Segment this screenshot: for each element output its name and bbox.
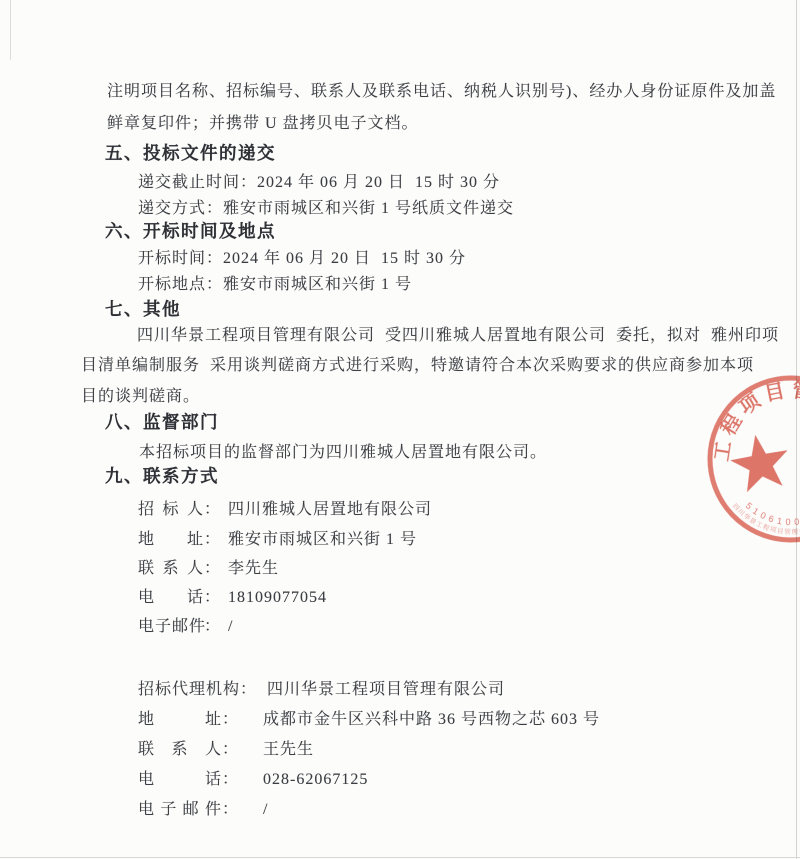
agency-name-value: 四川华景工程项目管理有限公司 — [267, 676, 505, 699]
agency-phone-value: 028-62067125 — [263, 771, 368, 789]
submission-method: 递交方式：雅安市雨城区和兴街 1 号纸质文件递交 — [138, 195, 514, 218]
colon: ： — [204, 526, 221, 549]
agency-email-row: 电子邮件：/ — [138, 796, 268, 819]
section-6-heading: 六、开标时间及地点 — [105, 218, 276, 243]
other-paragraph-line-1: 四川华景工程项目管理有限公司 受四川雅城人居置地有限公司 委托，拟对 雅州印项 — [137, 322, 779, 345]
colon: ： — [240, 676, 257, 699]
official-seal: 工程项目管理有 5106100701 四川华景工程项目管理有限公司 — [689, 357, 800, 561]
tenderer-phone-label: 电话 — [138, 584, 204, 607]
seal-star-icon — [727, 430, 794, 494]
colon: ： — [222, 766, 239, 789]
agency-phone-label: 电话 — [138, 766, 222, 789]
tenderer-email-row: 电子邮件：/ — [138, 613, 233, 636]
tenderer-contact-row: 联系人：李先生 — [138, 555, 279, 578]
colon: ： — [222, 736, 239, 759]
agency-name-row: 招标代理机构：四川华景工程项目管理有限公司 — [138, 676, 505, 699]
tenderer-email-value: / — [228, 618, 233, 636]
continuation-line-2: 鲜章复印件；并携带 U 盘拷贝电子文档。 — [107, 110, 419, 133]
bid-opening-time: 开标时间：2024 年 06 月 20 日 15 时 30 分 — [138, 245, 466, 268]
tenderer-address-label: 地址 — [138, 526, 204, 549]
agency-address-value: 成都市金牛区兴科中路 36 号西物之芯 603 号 — [263, 706, 600, 729]
submission-deadline: 递交截止时间：2024 年 06 月 20 日 15 时 30 分 — [138, 169, 500, 192]
colon: ： — [204, 496, 221, 519]
tenderer-contact-value: 李先生 — [228, 555, 279, 578]
tenderer-name-value: 四川雅城人居置地有限公司 — [228, 496, 432, 519]
colon: ： — [222, 706, 239, 729]
other-paragraph-line-2: 目清单编制服务 采用谈判磋商方式进行采购，特邀请符合本次采购要求的供应商参加本项 — [81, 352, 754, 375]
other-paragraph-line-3: 目的谈判磋商。 — [81, 383, 200, 406]
tenderer-phone-row: 电话：18109077054 — [138, 584, 327, 607]
agency-email-value: / — [263, 801, 268, 819]
supervision-body: 本招标项目的监督部门为四川雅城人居置地有限公司。 — [139, 439, 547, 462]
tenderer-name-row: 招标人：四川雅城人居置地有限公司 — [138, 496, 432, 519]
scan-edge-left — [10, 0, 11, 60]
tenderer-address-row: 地址：雅安市雨城区和兴街 1 号 — [138, 526, 417, 549]
agency-phone-row: 电话：028-62067125 — [138, 766, 368, 789]
agency-contact-label: 联系人 — [138, 736, 222, 759]
agency-contact-value: 王先生 — [263, 736, 314, 759]
tenderer-email-label: 电子邮件 — [138, 613, 204, 636]
section-5-heading: 五、投标文件的递交 — [105, 140, 276, 165]
scanned-tender-document-page: 注明项目名称、招标编号、联系人及联系电话、纳税人识别号)、经办人身份证原件及加盖… — [0, 0, 800, 859]
tenderer-contact-label: 联系人 — [138, 555, 204, 578]
tenderer-phone-value: 18109077054 — [228, 589, 327, 607]
agency-address-row: 地址：成都市金牛区兴科中路 36 号西物之芯 603 号 — [138, 706, 600, 729]
agency-contact-row: 联系人：王先生 — [138, 736, 314, 759]
tenderer-name-label: 招标人 — [138, 496, 204, 519]
tenderer-address-value: 雅安市雨城区和兴街 1 号 — [228, 526, 417, 549]
colon: ： — [204, 584, 221, 607]
section-7-heading: 七、其他 — [105, 296, 181, 321]
scan-edge-bottom — [0, 857, 800, 858]
agency-address-label: 地址 — [138, 706, 222, 729]
colon: ： — [204, 613, 221, 636]
agency-name-label: 招标代理机构 — [138, 676, 240, 699]
continuation-line-1: 注明项目名称、招标编号、联系人及联系电话、纳税人识别号)、经办人身份证原件及加盖 — [107, 78, 776, 101]
agency-email-label: 电子邮件 — [138, 796, 222, 819]
section-8-heading: 八、监督部门 — [105, 409, 219, 434]
colon: ： — [222, 796, 239, 819]
colon: ： — [204, 555, 221, 578]
section-9-heading: 九、联系方式 — [105, 463, 219, 488]
bid-opening-place: 开标地点：雅安市雨城区和兴街 1 号 — [138, 271, 412, 294]
